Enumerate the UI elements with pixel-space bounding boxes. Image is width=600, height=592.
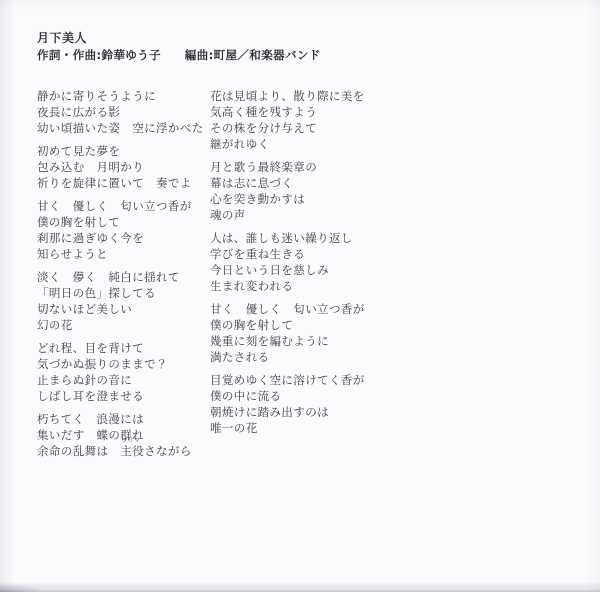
furigana-text: プリマ [121,437,140,444]
lyric-line: 学びを重ね生きる [210,246,365,262]
lyric-line: 魂の声 [210,207,365,223]
lyric-line: 甘く 優しく 匂い立つ香が [210,301,365,317]
lyric-line: 人は、誰しも迷い繰り返し [210,230,365,246]
lyric-line: 僕の胸を射して [37,214,204,230]
stanza: 甘く 優しく 匂い立つ香が 僕の胸を射して 刹那に過ぎゆく今を 知らせようと [37,198,204,262]
lyric-line: 「明日の色」探してる [37,285,204,301]
lyric-line: 刹那に過ぎゆく今を [37,230,204,246]
ruby-before-text: 余命の乱舞は [37,444,120,458]
stanza: 月と歌う最終楽章の 幕は志に息づく 心を突き動かすは 魂の声 [210,159,365,223]
lyric-line-with-ruby: 余命の乱舞は プリマ主役さながら [37,443,204,459]
lyric-line: 僕の胸を射して [210,317,365,333]
lyric-line: その株を分け与えて [210,120,365,136]
lyric-line: 目覚めゆく空に溶けてく香が [210,372,365,388]
stanza: 人は、誰しも迷い繰り返し 学びを重ね生きる 今日という日を慈しみ 生まれ変われる [210,230,365,294]
stanza: 花は見頃より、散り際に美を 気高く種を残すよう その株を分け与えて 継がれゆく [210,88,365,152]
lyric-line: 今日という日を慈しみ [210,262,365,278]
lyric-line: 静かに寄りそうように [37,88,204,104]
lyric-line: 幕は志に息づく [210,175,365,191]
lyrics-column-left: 静かに寄りそうように 夜長に広がる影 幼い頃描いた姿 空に浮かべた 初めて見た夢… [37,88,204,466]
lyric-line: 切ないほど美しい [37,301,204,317]
lyric-line: 止まらぬ針の音に [37,372,204,388]
lyric-line: 花は見頃より、散り際に美を [210,88,365,104]
stanza: 初めて見た夢を 包み込む 月明かり 祈りを旋律に置いて 奏でよ [37,143,204,191]
stanza: 甘く 優しく 匂い立つ香が 僕の胸を射して 幾重に刻を編むように 満たされる [210,301,365,365]
song-title: 月下美人 [37,30,321,47]
page-bottom-edge-shadow [0,582,600,592]
lyric-line: 心を突き動かすは [210,191,365,207]
lyric-line: 幼い頃描いた姿 空に浮かべた [37,120,204,136]
lyric-line: しばし耳を澄ませる [37,388,204,404]
lyric-line: 淡く 儚く 純白に揺れて [37,269,204,285]
lyric-line: 唯一の花 [210,420,365,436]
lyric-line: 甘く 優しく 匂い立つ香が [37,198,204,214]
stanza: 朽ちてく 浪漫には 集いだす 蝶の群れ 余命の乱舞は プリマ主役さながら [37,411,204,459]
lyric-line: 生まれ変われる [210,278,365,294]
lyric-line: 気高く種を残すよう [210,104,365,120]
lyrics-booklet-page: 月下美人 作詞・作曲:鈴華ゆう子 編曲:町屋／和楽器バンド 静かに寄りそうように… [0,0,600,592]
stanza: 目覚めゆく空に溶けてく香が 僕の中に流る 朝焼けに踏み出すのは 唯一の花 [210,372,365,436]
lyric-line: 初めて見た夢を [37,143,204,159]
ruby-after-text: さながら [144,444,192,458]
stanza: 淡く 儚く 純白に揺れて 「明日の色」探してる 切ないほど美しい 幻の花 [37,269,204,333]
lyric-line: どれ程、目を背けて [37,340,204,356]
ruby-base-wrap: プリマ主役 [120,443,144,459]
ruby-base-text: 主役 [120,444,144,458]
song-credits: 作詞・作曲:鈴華ゆう子 編曲:町屋／和楽器バンド [37,47,321,64]
lyric-line: 朽ちてく 浪漫には [37,411,204,427]
lyrics-column-right: 花は見頃より、散り際に美を 気高く種を残すよう その株を分け与えて 継がれゆく … [210,88,365,443]
stanza: 静かに寄りそうように 夜長に広がる影 幼い頃描いた姿 空に浮かべた [37,88,204,136]
lyric-line: 幻の花 [37,317,204,333]
lyric-line: 夜長に広がる影 [37,104,204,120]
lyric-line: 継がれゆく [210,136,365,152]
lyric-line: 祈りを旋律に置いて 奏でよ [37,175,204,191]
lyric-line: 集いだす 蝶の群れ [37,427,204,443]
lyric-line: 満たされる [210,349,365,365]
lyric-line: 月と歌う最終楽章の [210,159,365,175]
lyric-line: 朝焼けに踏み出すのは [210,404,365,420]
lyric-line: 僕の中に流る [210,388,365,404]
stanza: どれ程、目を背けて 気づかぬ振りのままで？ 止まらぬ針の音に しばし耳を澄ませる [37,340,204,404]
page-header: 月下美人 作詞・作曲:鈴華ゆう子 編曲:町屋／和楽器バンド [37,30,321,64]
lyric-line: 幾重に刻を編むように [210,333,365,349]
lyric-line: 知らせようと [37,246,204,262]
page-bottom-left-corner-shadow [0,580,60,592]
lyric-line: 気づかぬ振りのままで？ [37,356,204,372]
lyric-line: 包み込む 月明かり [37,159,204,175]
